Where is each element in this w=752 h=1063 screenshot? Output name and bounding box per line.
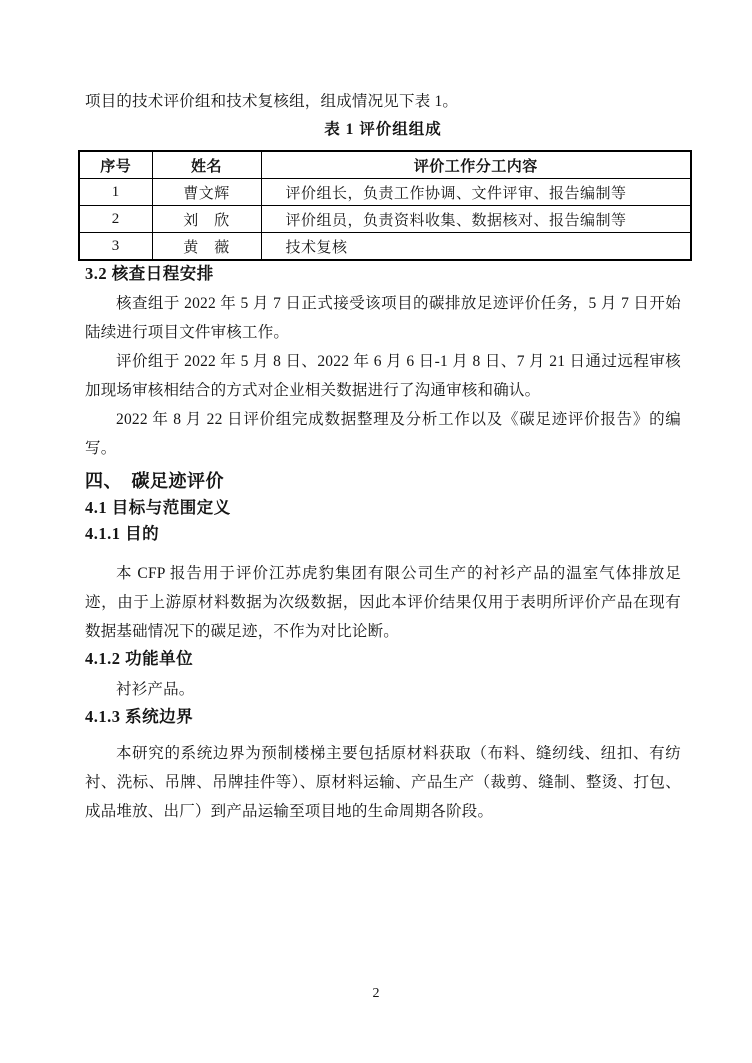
row-no-cell: 3 bbox=[79, 233, 152, 261]
row-duty-cell: 评价组长，负责工作协调、文件评审、报告编制等 bbox=[261, 179, 691, 206]
paragraph-purpose: 本 CFP 报告用于评价江苏虎豹集团有限公司生产的衬衫产品的温室气体排放足迹，由… bbox=[85, 559, 681, 646]
heading-4-1-2: 4.1.2 功能单位 bbox=[85, 646, 681, 672]
table-row: 3 黄 薇 技术复核 bbox=[79, 233, 691, 261]
row-no-cell: 1 bbox=[79, 179, 152, 206]
heading-4-1: 4.1 目标与范围定义 bbox=[85, 495, 681, 521]
row-no-cell: 2 bbox=[79, 206, 152, 233]
row-name-cell: 曹文辉 bbox=[152, 179, 261, 206]
heading-chapter-4: 四、 碳足迹评价 bbox=[85, 467, 681, 495]
heading-3-2: 3.2 核查日程安排 bbox=[85, 261, 681, 287]
paragraph-functional-unit: 衬衫产品。 bbox=[85, 675, 681, 704]
table-row: 1 曹文辉 评价组长，负责工作协调、文件评审、报告编制等 bbox=[79, 179, 691, 206]
row-duty-cell: 评价组员，负责资料收集、数据核对、报告编制等 bbox=[261, 206, 691, 233]
paragraph-system-boundary: 本研究的系统边界为预制楼梯主要包括原材料获取（布料、缝纫线、纽扣、有纺衬、洗标、… bbox=[85, 739, 681, 826]
table-caption: 表 1 评价组组成 bbox=[85, 117, 681, 143]
paragraph-schedule-1: 核查组于 2022 年 5 月 7 日正式接受该项目的碳排放足迹评价任务，5 月… bbox=[85, 289, 681, 347]
row-name-cell: 黄 薇 bbox=[152, 233, 261, 261]
row-duty-cell: 技术复核 bbox=[261, 233, 691, 261]
paragraph-schedule-2: 评价组于 2022 年 5 月 8 日、2022 年 6 月 6 日-1 月 8… bbox=[85, 347, 681, 405]
column-header-name: 姓名 bbox=[152, 151, 261, 179]
table-row: 2 刘 欣 评价组员，负责资料收集、数据核对、报告编制等 bbox=[79, 206, 691, 233]
table-header-row: 序号 姓名 评价工作分工内容 bbox=[79, 151, 691, 179]
heading-4-1-3: 4.1.3 系统边界 bbox=[85, 704, 681, 730]
row-name-cell: 刘 欣 bbox=[152, 206, 261, 233]
intro-paragraph: 项目的技术评价组和技术复核组，组成情况见下表 1。 bbox=[85, 87, 681, 117]
column-header-duty: 评价工作分工内容 bbox=[261, 151, 691, 179]
page-number: 2 bbox=[0, 985, 752, 1003]
paragraph-schedule-3: 2022 年 8 月 22 日评价组完成数据整理及分析工作以及《碳足迹评价报告》… bbox=[85, 405, 681, 463]
evaluation-team-table: 序号 姓名 评价工作分工内容 1 曹文辉 评价组长，负责工作协调、文件评审、报告… bbox=[78, 150, 692, 261]
heading-4-1-1: 4.1.1 目的 bbox=[85, 521, 681, 547]
page-content: 项目的技术评价组和技术复核组，组成情况见下表 1。 表 1 评价组组成 序号 姓… bbox=[85, 0, 681, 826]
document-page: 项目的技术评价组和技术复核组，组成情况见下表 1。 表 1 评价组组成 序号 姓… bbox=[0, 0, 752, 1063]
column-header-no: 序号 bbox=[79, 151, 152, 179]
